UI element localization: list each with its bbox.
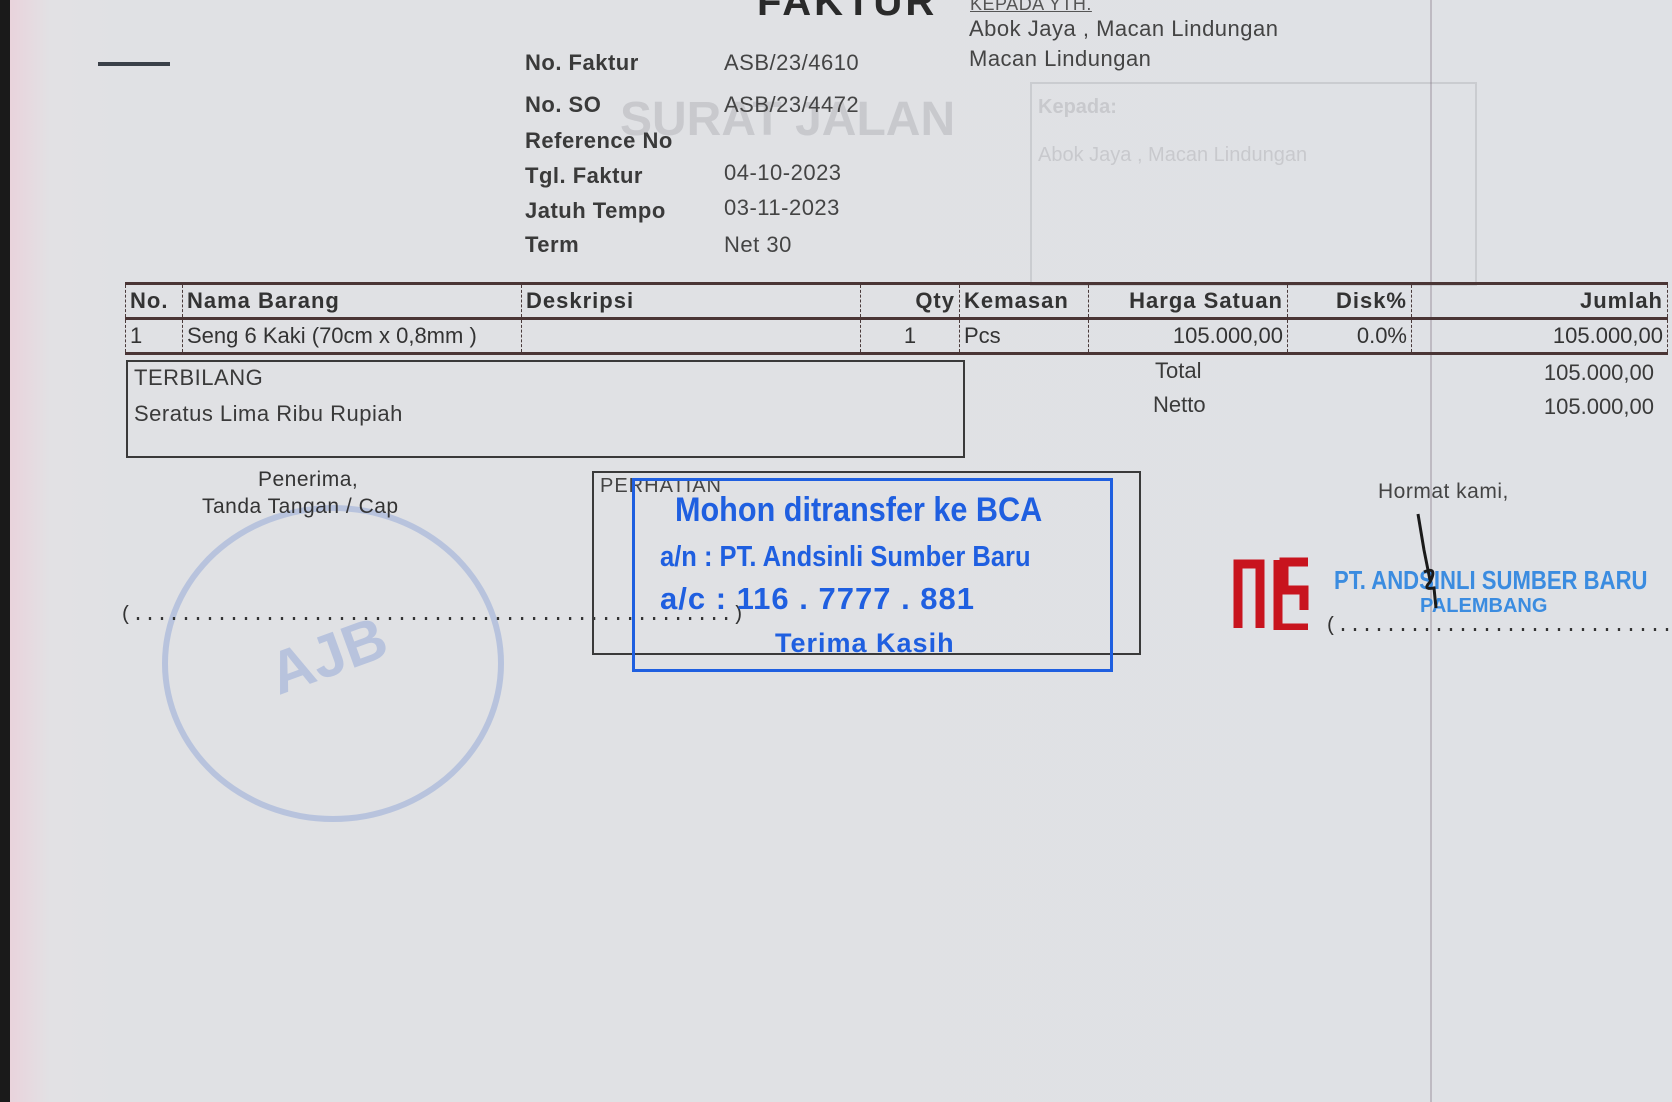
company-logo-icon — [1232, 550, 1312, 630]
meta-label-term: Term — [525, 232, 579, 258]
handwritten-signature-icon — [1410, 510, 1450, 610]
meta-value-term: Net 30 — [724, 232, 792, 258]
meta-value-no-so: ASB/23/4472 — [724, 92, 859, 118]
cell-qty: 1 — [861, 319, 960, 354]
col-qty: Qty — [861, 284, 960, 319]
cell-disk: 0.0% — [1288, 319, 1412, 354]
col-kemasan: Kemasan — [960, 284, 1089, 319]
recipient-name: Abok Jaya , Macan Lindungan — [969, 16, 1278, 42]
receiver-sublabel: Tanda Tangan / Cap — [202, 495, 399, 519]
terbilang-value: Seratus Lima Ribu Rupiah — [128, 398, 963, 430]
col-harga-satuan: Harga Satuan — [1089, 284, 1288, 319]
customer-stamp: AJB — [162, 505, 504, 822]
cell-jumlah: 105.000,00 — [1412, 319, 1668, 354]
total-label: Total — [1155, 358, 1201, 384]
col-disk: Disk% — [1288, 284, 1412, 319]
stamp-line-thanks: Terima Kasih — [775, 628, 955, 659]
meta-label-jatuh-tempo: Jatuh Tempo — [525, 198, 666, 224]
cell-kemasan: Pcs — [960, 319, 1089, 354]
stamp-line-account-name: a/n : PT. Andsinli Sumber Baru — [660, 541, 1031, 574]
col-jumlah: Jumlah — [1412, 284, 1668, 319]
meta-label-reference-no: Reference No — [525, 128, 673, 154]
invoice-paper: SURAT JALAN Kepada: Abok Jaya , Macan Li… — [10, 0, 1672, 1102]
items-table: No. Nama Barang Deskripsi Qty Kemasan Ha… — [125, 282, 1668, 355]
cell-harga-satuan: 105.000,00 — [1089, 319, 1288, 354]
meta-label-no-so: No. SO — [525, 92, 601, 118]
table-row: 1 Seng 6 Kaki (70cm x 0,8mm ) 1 Pcs 105.… — [126, 319, 1668, 354]
terbilang-label: TERBILANG — [128, 362, 963, 394]
table-header-row: No. Nama Barang Deskripsi Qty Kemasan Ha… — [126, 284, 1668, 319]
stray-mark — [98, 62, 170, 66]
terbilang-box: TERBILANG Seratus Lima Ribu Rupiah — [126, 360, 965, 458]
transfer-stamp: Mohon ditransfer ke BCA a/n : PT. Andsin… — [632, 478, 1113, 672]
sender-label: Hormat kami, — [1378, 480, 1509, 504]
document-title: FAKTUR — [757, 0, 937, 25]
total-value: 105.000,00 — [1544, 360, 1654, 386]
cell-nama-barang: Seng 6 Kaki (70cm x 0,8mm ) — [183, 319, 522, 354]
col-deskripsi: Deskripsi — [522, 284, 861, 319]
company-stamp-name: PT. ANDSINLI SUMBER BARU — [1334, 565, 1648, 596]
meta-label-tgl-faktur: Tgl. Faktur — [525, 163, 643, 189]
recipient-address: Macan Lindungan — [969, 46, 1151, 72]
meta-value-tgl-faktur: 04-10-2023 — [724, 160, 842, 186]
sender-signature-line: (..............................) — [1325, 615, 1672, 638]
meta-value-no-faktur: ASB/23/4610 — [724, 50, 859, 76]
meta-value-jatuh-tempo: 03-11-2023 — [724, 195, 840, 221]
recipient-label: KEPADA YTH. — [970, 0, 1092, 15]
col-nama-barang: Nama Barang — [183, 284, 522, 319]
netto-label: Netto — [1153, 392, 1206, 418]
netto-value: 105.000,00 — [1544, 394, 1654, 420]
receiver-label: Penerima, — [258, 468, 358, 492]
stamp-line-bank: Mohon ditransfer ke BCA — [675, 491, 1042, 530]
stamp-line-account-number: a/c : 116 . 7777 . 881 — [660, 581, 975, 617]
ghost-kepada-label: Kepada: — [1038, 96, 1117, 119]
ghost-kepada-value: Abok Jaya , Macan Lindungan — [1038, 144, 1307, 167]
ghost-kepada-box: Kepada: Abok Jaya , Macan Lindungan — [1030, 82, 1477, 286]
cell-no: 1 — [126, 319, 183, 354]
meta-label-no-faktur: No. Faktur — [525, 50, 639, 76]
col-no: No. — [126, 284, 183, 319]
cell-deskripsi — [522, 319, 861, 354]
